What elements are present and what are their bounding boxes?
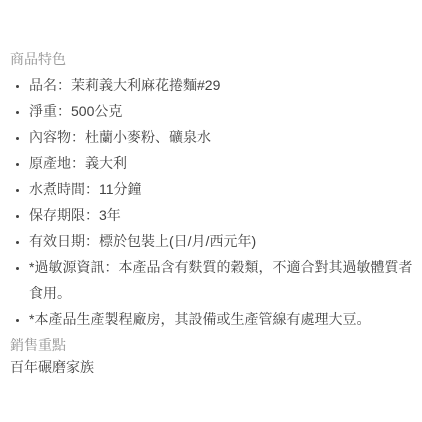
- features-list: 品名：茉莉義大利麻花捲麵#29 淨重：500公克 內容物：杜蘭小麥粉、礦泉水 原…: [10, 72, 413, 332]
- feature-item-cooking-time: 水煮時間：11分鐘: [29, 176, 413, 202]
- features-section-title: 商品特色: [10, 49, 413, 69]
- selling-points-text: 百年碾磨家族: [10, 355, 413, 377]
- product-description-section: 商品特色 品名：茉莉義大利麻花捲麵#29 淨重：500公克 內容物：杜蘭小麥粉、…: [0, 0, 422, 377]
- feature-item-allergen-info: *過敏源資訊：本產品含有麩質的穀類，不適合對其過敏體質者食用。: [29, 254, 413, 306]
- feature-item-facility-notice: *本產品生產製程廠房，其設備或生產管線有處理大豆。: [29, 306, 413, 332]
- selling-points-section-title: 銷售重點: [10, 335, 413, 355]
- feature-item-shelf-life: 保存期限：3年: [29, 202, 413, 228]
- feature-item-net-weight: 淨重：500公克: [29, 98, 413, 124]
- feature-item-origin: 原產地：義大利: [29, 150, 413, 176]
- feature-item-product-name: 品名：茉莉義大利麻花捲麵#29: [29, 72, 413, 98]
- feature-item-expiry-date: 有效日期：標於包裝上(日/月/西元年): [29, 228, 413, 254]
- feature-item-ingredients: 內容物：杜蘭小麥粉、礦泉水: [29, 124, 413, 150]
